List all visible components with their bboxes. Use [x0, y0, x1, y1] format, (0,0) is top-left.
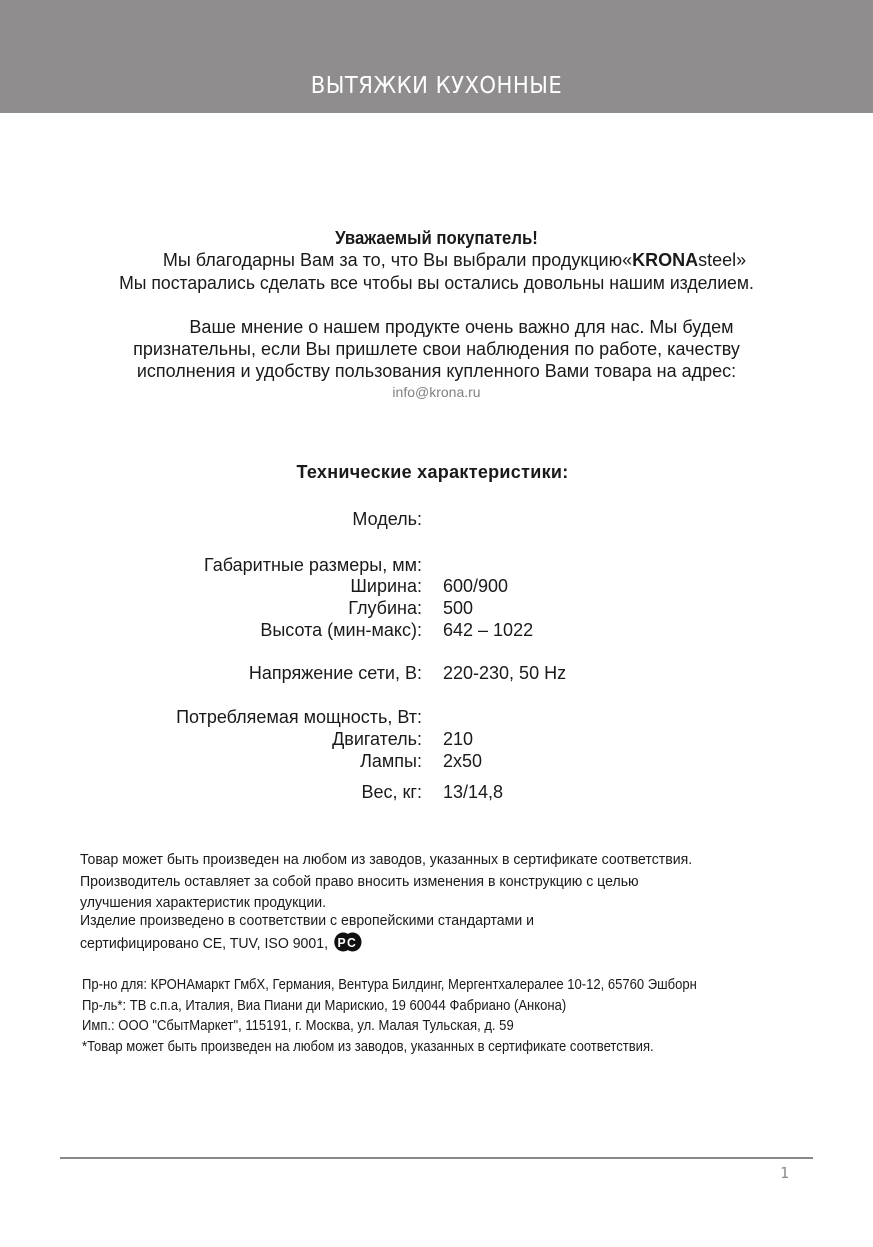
spec-label: Глубина: [348, 598, 422, 619]
legal-line-1: Пр-но для: КРОНАмаркт ГмбХ, Германия, Ве… [82, 977, 697, 993]
greeting-title: Уважаемый покупатель! [31, 228, 843, 249]
spec-row: Напряжение сети, В:220-230, 50 Hz [0, 663, 873, 687]
notice-line-5-text: сертифицировано CE, TUV, ISO 9001, [80, 935, 328, 952]
spec-label: Напряжение сети, В: [249, 663, 422, 684]
notice-line-2: Производитель оставляет за собой право в… [80, 873, 639, 890]
notice-line-4: Изделие произведено в соответствии с евр… [80, 912, 534, 929]
page-title: ВЫТЯЖКИ КУХОННЫЕ [35, 73, 838, 99]
spec-label: Габаритные размеры, мм: [204, 555, 422, 576]
feedback-line-3: исполнения и удобству пользования куплен… [0, 361, 873, 382]
notice-line-3: улучшения характеристик продукции. [80, 894, 326, 911]
spec-row: Глубина:500 [0, 598, 873, 622]
footer-divider [60, 1157, 813, 1159]
spec-row: Вес, кг:13/14,8 [0, 782, 873, 806]
spec-row: Ширина:600/900 [0, 576, 873, 600]
svg-text:P: P [338, 936, 346, 950]
brand-close-quote: » [736, 250, 746, 270]
gost-certification-icon: P C [334, 932, 362, 952]
legal-line-4: *Товар может быть произведен на любом из… [82, 1039, 654, 1055]
spec-label: Ширина: [350, 576, 422, 597]
spec-row: Потребляемая мощность, Вт: [0, 707, 873, 731]
spec-value: 220-230, 50 Hz [443, 663, 566, 684]
spec-row: Двигатель:210 [0, 729, 873, 753]
spec-label: Лампы: [360, 751, 422, 772]
legal-line-2: Пр-ль*: ТВ с.п.а, Италия, Виа Пиани ди М… [82, 998, 566, 1014]
brand-name-regular: steel [698, 250, 736, 270]
feedback-line-2: признательны, если Вы пришлете свои набл… [0, 339, 873, 360]
notice-line-5: сертифицировано CE, TUV, ISO 9001, P C [80, 932, 362, 952]
notice-line-1: Товар может быть произведен на любом из … [80, 851, 692, 868]
feedback-line-1: Ваше мнение о нашем продукте очень важно… [0, 317, 873, 338]
svg-text:C: C [347, 936, 356, 950]
specs-title: Технические характеристики: [0, 462, 865, 483]
spec-value: 210 [443, 729, 473, 750]
spec-value: 13/14,8 [443, 782, 503, 803]
greeting-line-1: Мы благодарны Вам за то, что Вы выбрали … [0, 250, 873, 271]
brand-name-bold: KRONA [632, 250, 698, 270]
greeting-line-2: Мы постарались сделать все чтобы вы оста… [9, 273, 865, 294]
header-band: ВЫТЯЖКИ КУХОННЫЕ [0, 0, 873, 113]
page-number: 1 [780, 1164, 789, 1182]
spec-value: 2x50 [443, 751, 482, 772]
spec-value: 600/900 [443, 576, 508, 597]
spec-row: Модель: [0, 509, 873, 533]
feedback-email-link[interactable]: info@krona.ru [0, 384, 873, 400]
spec-label: Потребляемая мощность, Вт: [176, 707, 422, 728]
spec-row: Высота (мин-макс):642 – 1022 [0, 620, 873, 644]
legal-line-3: Имп.: ООО "СбытМаркет", 115191, г. Москв… [82, 1018, 514, 1034]
spec-label: Двигатель: [332, 729, 422, 750]
spec-label: Модель: [352, 509, 422, 530]
spec-value: 642 – 1022 [443, 620, 533, 641]
greeting-line-1-text: Мы благодарны Вам за то, что Вы выбрали … [163, 250, 622, 270]
brand-open-quote: « [622, 250, 632, 270]
spec-value: 500 [443, 598, 473, 619]
spec-label: Вес, кг: [362, 782, 422, 803]
spec-label: Высота (мин-макс): [260, 620, 422, 641]
spec-row: Лампы:2x50 [0, 751, 873, 775]
